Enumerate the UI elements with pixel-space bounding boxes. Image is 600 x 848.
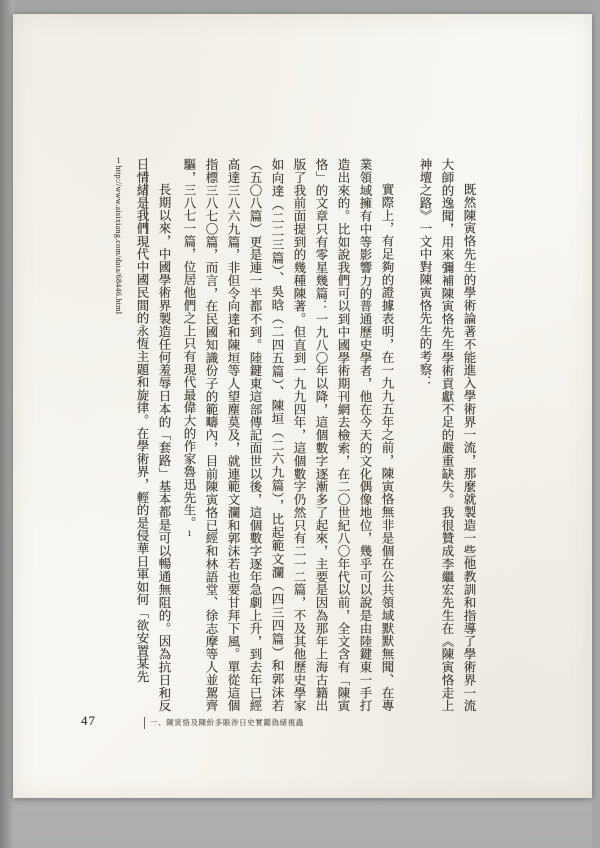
footnote-separator-rule (146, 158, 147, 234)
body-paragraph-2: 長期以來，中國學術界製造任何羞辱日本的「套路」基本都是可以暢通無阻的。因為抗日和… (131, 158, 175, 712)
running-footer-chapter-title: 一、陳寅恪及陳紛多賬涉日史實鑑偽緒視蟲 (144, 717, 304, 729)
scan-edge-right (592, 0, 600, 848)
body-paragraph-1: 既然陳寅恪先生的學術論著不能進入學術界一流，那麼就製造一些他教訓和指導了學術界一… (414, 158, 480, 712)
footnote-reference-marker: 1 (185, 529, 194, 538)
footnote-url: http://www.aisixiang.com/data/68446.html (114, 165, 123, 314)
vertical-text-block: 既然陳寅恪先生的學術論著不能進入學術界一流，那麼就製造一些他教訓和指導了學術界一… (131, 158, 480, 712)
scan-edge-top (0, 0, 600, 14)
footnote: 1http://www.aisixiang.com/data/68446.htm… (114, 156, 123, 396)
book-page: 既然陳寅恪先生的學術論著不能進入學術界一流，那麼就製造一些他教訓和指導了學術界一… (13, 14, 592, 798)
footnote-marker: 1 (114, 156, 123, 165)
scan-edge-left (0, 0, 14, 848)
block-quote-paragraph: 實際上，有足夠的證據表明，在一九九五年之前，陳寅恪無非是個在公共領域默默無聞、在… (178, 158, 398, 712)
quote-text: 實際上，有足夠的證據表明，在一九九五年之前，陳寅恪無非是個在公共領域默默無聞、在… (182, 158, 394, 712)
scanned-book-page-photo: 既然陳寅恪先生的學術論著不能進入學術界一流，那麼就製造一些他教訓和指導了學術界一… (0, 0, 600, 848)
page-number: 47 (81, 713, 96, 729)
